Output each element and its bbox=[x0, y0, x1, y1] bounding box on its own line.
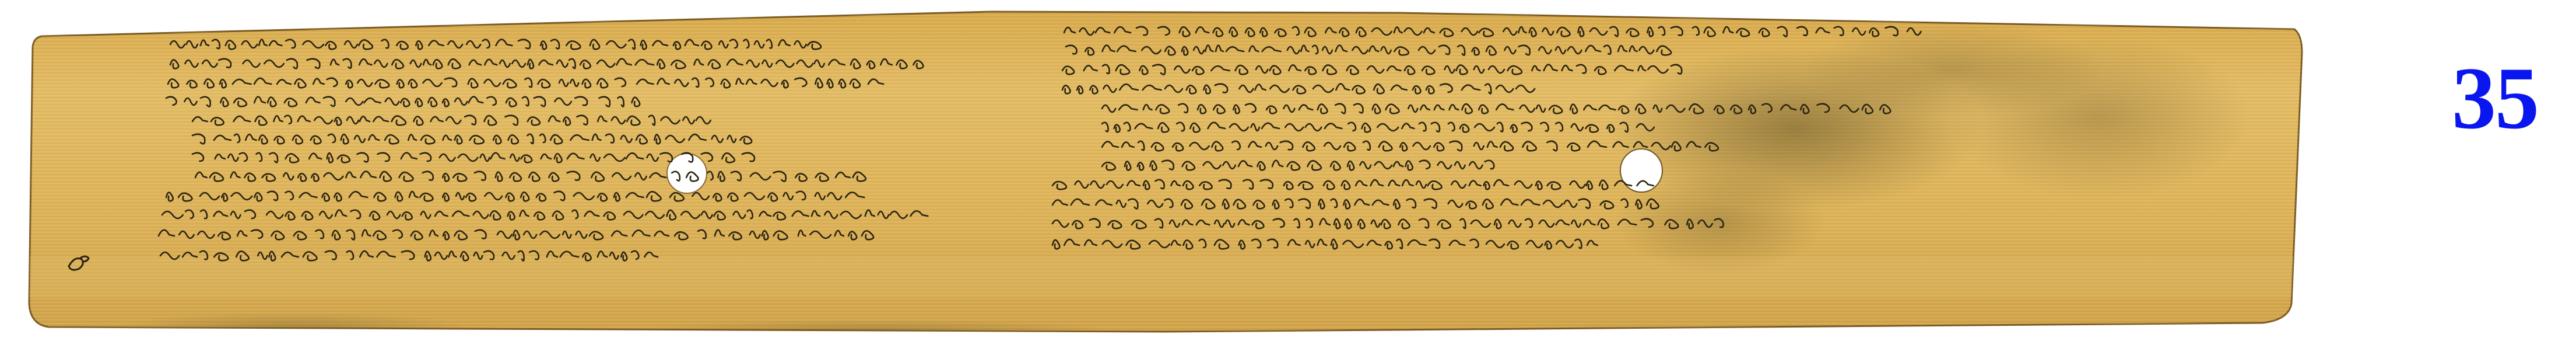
script-line bbox=[1062, 58, 1683, 79]
script-line bbox=[192, 127, 761, 148]
script-line bbox=[1052, 192, 1665, 213]
script-line bbox=[1066, 39, 1684, 60]
script-line bbox=[192, 146, 764, 167]
page-number: 35 bbox=[2452, 54, 2538, 142]
script-line bbox=[1062, 77, 1538, 98]
script-line bbox=[1102, 134, 1720, 155]
script-line bbox=[160, 244, 653, 265]
script-line bbox=[166, 90, 650, 111]
script-line bbox=[162, 203, 920, 224]
script-line bbox=[1102, 97, 1901, 118]
script-line bbox=[168, 71, 879, 92]
script-line bbox=[1102, 154, 1504, 175]
script-line bbox=[192, 109, 711, 130]
script-line bbox=[170, 33, 829, 54]
script-line bbox=[1052, 212, 1738, 233]
script-line bbox=[1102, 116, 1653, 137]
manuscript-page: 35 bbox=[0, 0, 2576, 348]
script-line bbox=[1052, 173, 1650, 194]
script-line bbox=[166, 185, 872, 206]
script-line bbox=[195, 165, 866, 186]
script-line bbox=[159, 223, 887, 244]
script-line bbox=[1064, 20, 1921, 41]
script-line bbox=[1052, 232, 1601, 253]
script-line bbox=[170, 52, 922, 73]
